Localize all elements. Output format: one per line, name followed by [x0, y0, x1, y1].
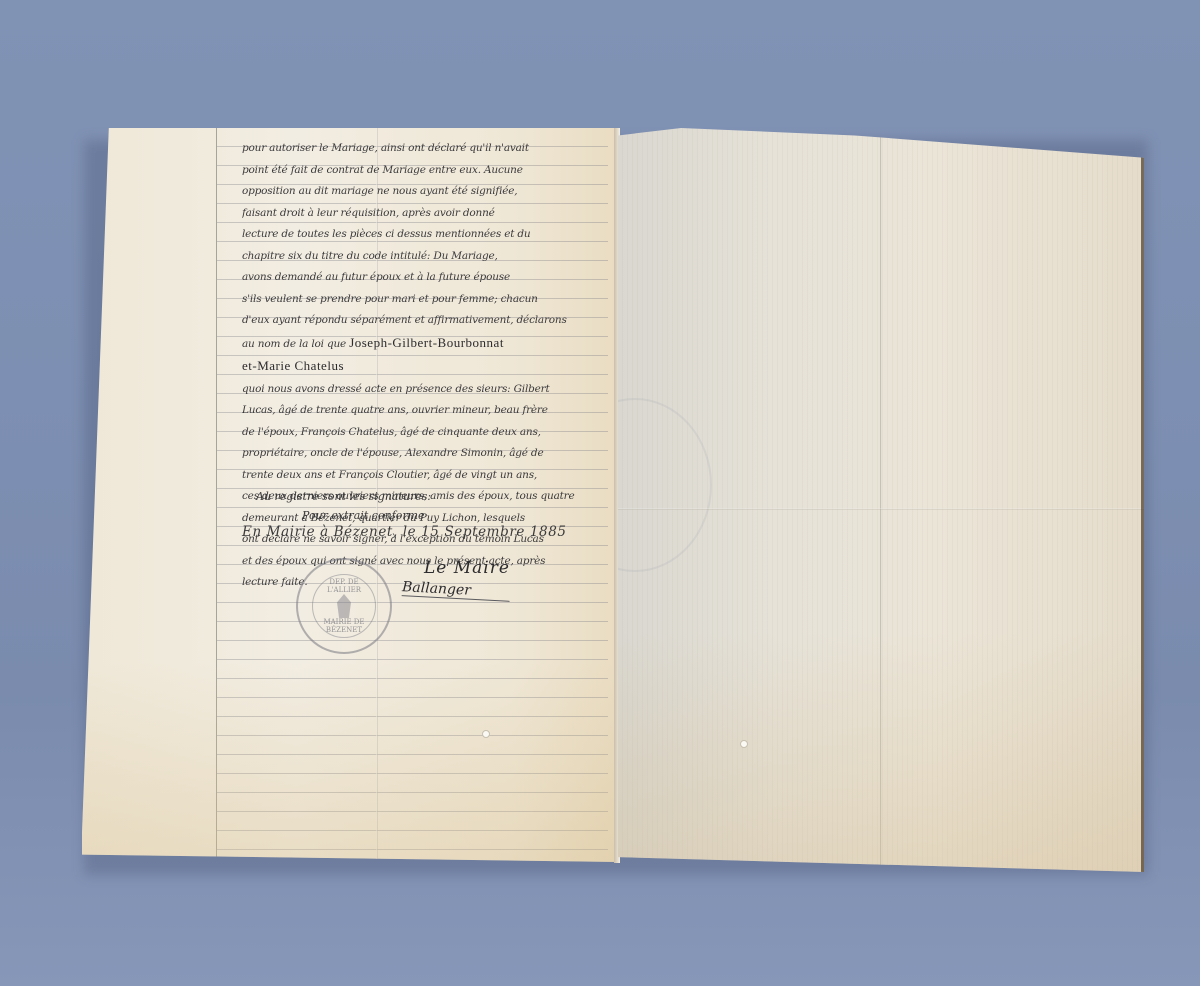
seal-bottom-text: MAIRIE DE BÉZENET — [313, 618, 375, 634]
text-line: lecture de toutes les pièces ci dessus m… — [242, 224, 612, 246]
text-line: s'ils veulent se prendre pour mari et po… — [242, 289, 612, 311]
castle-emblem-icon — [337, 594, 351, 618]
seal-top-text: DEP. DE L'ALLIER — [313, 578, 375, 594]
certification: Pour extrait conforme — [242, 509, 612, 522]
seal-inner: DEP. DE L'ALLIER MAIRIE DE BÉZENET — [312, 574, 376, 638]
age-stain — [82, 662, 618, 862]
punch-hole — [740, 740, 748, 748]
right-page — [618, 128, 1144, 872]
groom-name: Joseph-Gilbert-Bourbonnat — [349, 335, 504, 350]
age-stain — [618, 632, 1144, 872]
text-line: faisant droit à leur réquisition, après … — [242, 203, 612, 225]
punch-hole — [482, 730, 490, 738]
bride-name: Marie Chatelus — [257, 358, 344, 373]
text-line: de l'époux, François Chatelus, âgé de ci… — [242, 422, 612, 444]
text-line: opposition au dit mariage ne nous ayant … — [242, 181, 612, 203]
text-line: propriétaire, oncle de l'épouse, Alexand… — [242, 443, 612, 465]
text-line: trente deux ans et François Cloutier, âg… — [242, 465, 612, 487]
date-line: En Mairie à Bézenet, le 15 Septembre 188… — [242, 524, 612, 540]
fold-crease-horizontal — [618, 508, 1144, 510]
text-line: point été fait de contrat de Mariage ent… — [242, 160, 612, 182]
register-note: Au registre sont les signatures: — [242, 490, 612, 503]
signature-name: Ballanger — [402, 579, 511, 602]
text-line: Lucas, âgé de trente quatre ans, ouvrier… — [242, 400, 612, 422]
mairie-seal: DEP. DE L'ALLIER MAIRIE DE BÉZENET — [296, 558, 392, 654]
signature-title: Le Maire — [402, 558, 510, 578]
text-line: d'eux ayant répondu séparément et affirm… — [242, 310, 612, 332]
text-line-bride: et-Marie Chatelus — [242, 355, 612, 379]
text-line: pour autoriser le Mariage, ainsi ont déc… — [242, 138, 612, 160]
text-line: quoi nous avons dressé acte en présence … — [242, 379, 612, 401]
closing-block: Au registre sont les signatures: Pour ex… — [242, 490, 612, 540]
bride-prefix: et- — [242, 358, 257, 373]
text-line: chapitre six du titre du code intitulé: … — [242, 246, 612, 268]
text-fragment: au nom de la loi que — [242, 338, 346, 350]
text-line-groom: au nom de la loi que Joseph-Gilbert-Bour… — [242, 332, 612, 356]
left-page: pour autoriser le Mariage, ainsi ont déc… — [82, 128, 618, 862]
page-edge — [1141, 128, 1144, 872]
mayor-signature: Le Maire Ballanger — [402, 558, 510, 599]
text-line: avons demandé au futur époux et à la fut… — [242, 267, 612, 289]
